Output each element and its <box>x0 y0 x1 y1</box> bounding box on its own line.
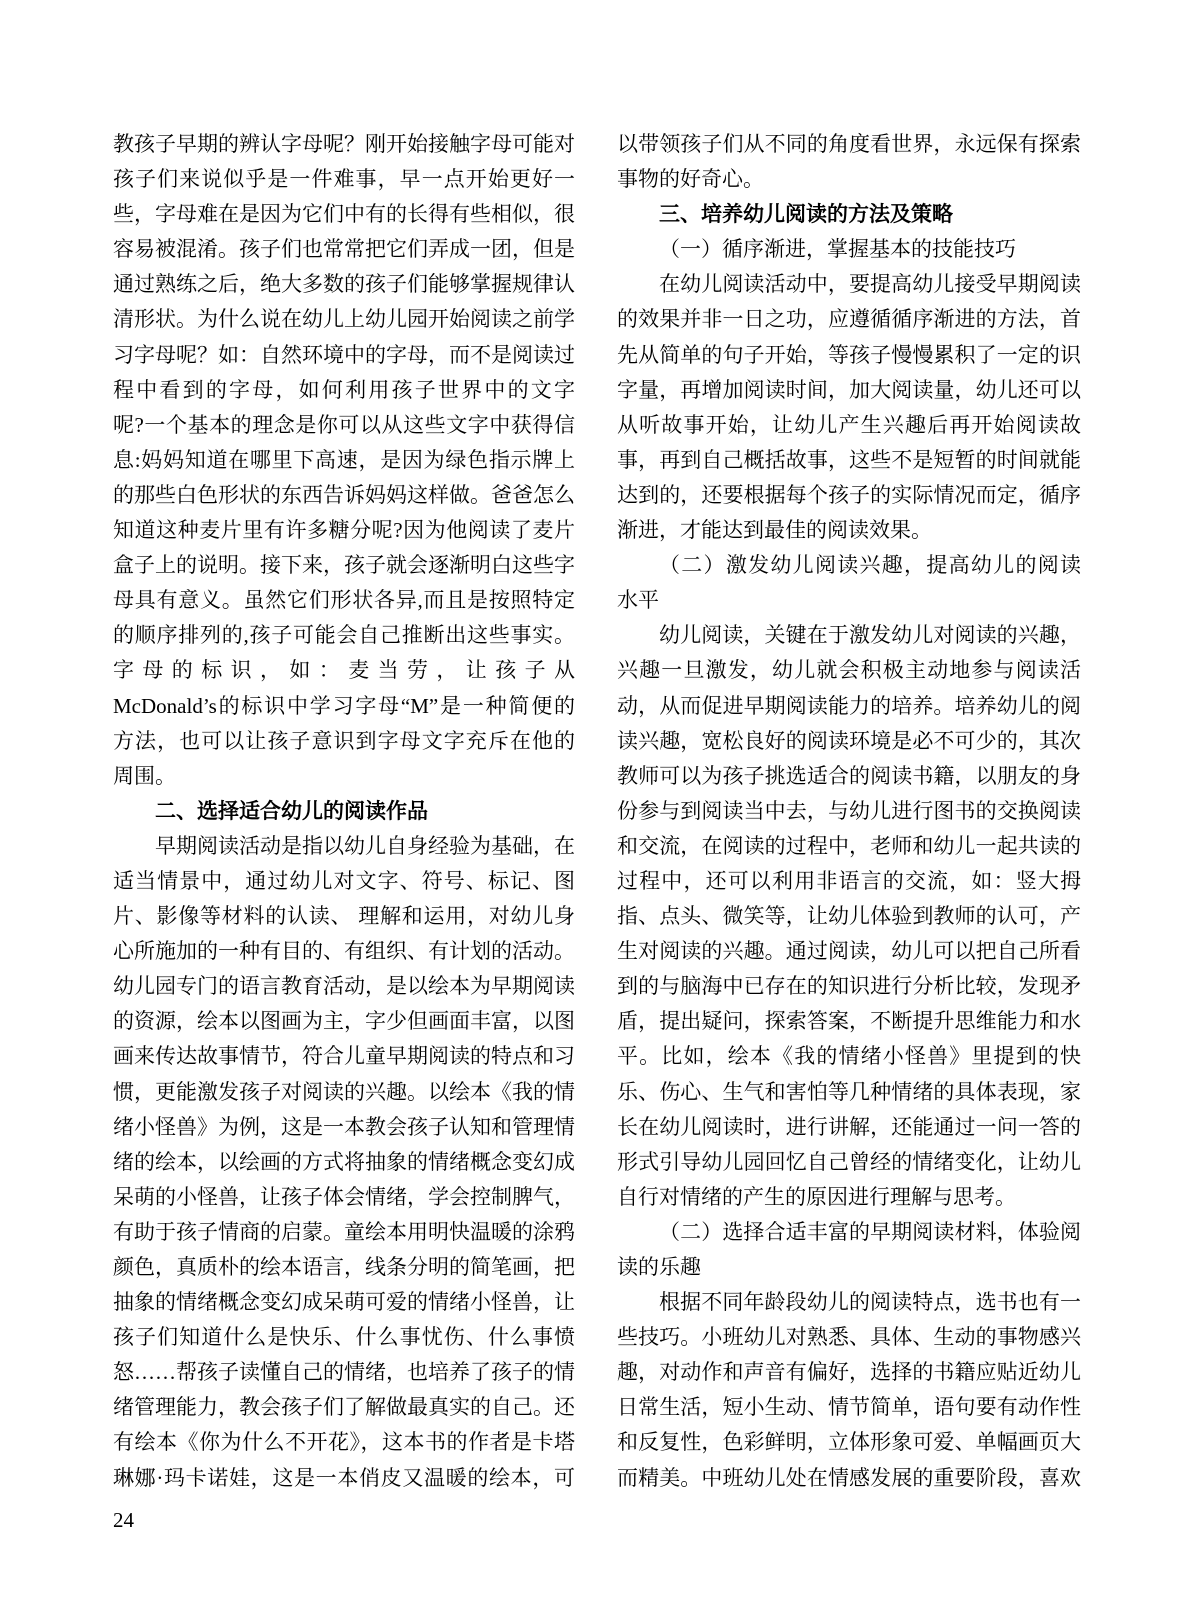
text-line: 动，从而促进早期阅读能力的培养。培养幼儿的阅 <box>617 689 1081 724</box>
text-line: 习字母呢？如：自然环境中的字母，而不是阅读过 <box>113 338 575 373</box>
text-line: 的那些白色形状的东西告诉妈妈这样做。爸爸怎么 <box>113 478 575 513</box>
text-line: 母具有意义。虽然它们形状各异,而且是按照特定 <box>113 583 575 618</box>
text-line: 和反复性，色彩鲜明，立体形象可爱、单幅画页大 <box>617 1425 1081 1460</box>
text-line: 些，字母难在是因为它们中有的长得有些相似，很 <box>113 197 575 232</box>
text-line: 日常生活，短小生动、情节简单，语句要有动作性 <box>617 1390 1081 1425</box>
text-line: 呆萌的小怪兽，让孩子体会情绪，学会控制脾气， <box>113 1180 575 1215</box>
text-line: 水平 <box>617 583 1081 618</box>
text-line: McDonald’s的标识中学习字母“M”是一种简便的 <box>113 689 575 724</box>
text-line: 字母的标识，如：麦当劳，让孩子从 <box>113 653 575 688</box>
text-line: 渐进，才能达到最佳的阅读效果。 <box>617 513 1081 548</box>
text-line: 片、影像等材料的认读、 理解和运用，对幼儿身 <box>113 899 575 934</box>
text-line: 容易被混淆。孩子们也常常把它们弄成一团，但是 <box>113 232 575 267</box>
text-line: 程中看到的字母，如何利用孩子世界中的文字 <box>113 373 575 408</box>
text-line: 事，再到自己概括故事，这些不是短暂的时间就能 <box>617 443 1081 478</box>
text-line: 方法，也可以让孩子意识到字母文字充斥在他的 <box>113 724 575 759</box>
text-line: 从听故事开始，让幼儿产生兴趣后再开始阅读故 <box>617 408 1081 443</box>
text-line: 教孩子早期的辨认字母呢？刚开始接触字母可能对 <box>113 127 575 162</box>
text-line: 有绘本《你为什么不开花》，这本书的作者是卡塔 <box>113 1425 575 1460</box>
text-line: 息:妈妈知道在哪里下高速，是因为绿色指示牌上 <box>113 443 575 478</box>
text-line: 幼儿阅读，关键在于激发幼儿对阅读的兴趣， <box>617 618 1081 653</box>
text-line: 琳娜·玛卡诺娃，这是一本俏皮又温暖的绘本，可 <box>113 1461 575 1496</box>
text-line: 通过熟练之后，绝大多数的孩子们能够掌握规律认 <box>113 267 575 302</box>
text-line: 怒……帮孩子读懂自己的情绪，也培养了孩子的情 <box>113 1355 575 1390</box>
text-line: 清形状。为什么说在幼儿上幼儿园开始阅读之前学 <box>113 302 575 337</box>
text-line: 平。比如，绘本《我的情绪小怪兽》里提到的快 <box>617 1039 1081 1074</box>
text-line: 自行对情绪的产生的原因进行理解与思考。 <box>617 1180 1081 1215</box>
text-line: 绪的绘本，以绘画的方式将抽象的情绪概念变幻成 <box>113 1145 575 1180</box>
text-line: 根据不同年龄段幼儿的阅读特点，选书也有一 <box>617 1285 1081 1320</box>
text-line: 长在幼儿阅读时，进行讲解，还能通过一问一答的 <box>617 1110 1081 1145</box>
text-line: 趣，对动作和声音有偏好，选择的书籍应贴近幼儿 <box>617 1355 1081 1390</box>
text-line: （一）循序渐进，掌握基本的技能技巧 <box>617 232 1081 267</box>
text-line: 周围。 <box>113 759 575 794</box>
text-line: 早期阅读活动是指以幼儿自身经验为基础，在 <box>113 829 575 864</box>
text-line: （二）激发幼儿阅读兴趣，提高幼儿的阅读 <box>617 548 1081 583</box>
page-number: 24 <box>113 1503 134 1538</box>
text-line: 抽象的情绪概念变幻成呆萌可爱的情绪小怪兽，让 <box>113 1285 575 1320</box>
text-line: 有助于孩子情商的启蒙。童绘本用明快温暖的涂鸦 <box>113 1215 575 1250</box>
right-column: 以带领孩子们从不同的角度看世界，永远保有探索事物的好奇心。三、培养幼儿阅读的方法… <box>617 127 1081 1496</box>
text-line: 形式引导幼儿园回忆自己曾经的情绪变化，让幼儿 <box>617 1145 1081 1180</box>
text-line: 的顺序排列的,孩子可能会自己推断出这些事实。 <box>113 618 575 653</box>
text-line: 到的与脑海中已存在的知识进行分析比较，发现矛 <box>617 969 1081 1004</box>
text-line: 绪小怪兽》为例，这是一本教会孩子认知和管理情 <box>113 1110 575 1145</box>
text-line: 的资源，绘本以图画为主，字少但画面丰富，以图 <box>113 1004 575 1039</box>
text-line: 的效果并非一日之功，应遵循循序渐进的方法，首 <box>617 302 1081 337</box>
text-line: 生对阅读的兴趣。通过阅读，幼儿可以把自己所看 <box>617 934 1081 969</box>
text-line: 颜色，真质朴的绘本语言，线条分明的简笔画，把 <box>113 1250 575 1285</box>
text-line: 教师可以为孩子挑选适合的阅读书籍，以朋友的身 <box>617 759 1081 794</box>
document-page: 教孩子早期的辨认字母呢？刚开始接触字母可能对孩子们来说似乎是一件难事，早一点开始… <box>0 0 1191 1616</box>
text-line: 盒子上的说明。接下来，孩子就会逐渐明白这些字 <box>113 548 575 583</box>
text-line: 些技巧。小班幼儿对熟悉、具体、生动的事物感兴 <box>617 1320 1081 1355</box>
section-heading: 二、选择适合幼儿的阅读作品 <box>113 794 575 829</box>
text-line: 绪管理能力，教会孩子们了解做最真实的自己。还 <box>113 1390 575 1425</box>
text-line: 事物的好奇心。 <box>617 162 1081 197</box>
text-line: 惯，更能激发孩子对阅读的兴趣。以绘本《我的情 <box>113 1075 575 1110</box>
text-line: 乐、伤心、生气和害怕等几种情绪的具体表现，家 <box>617 1075 1081 1110</box>
text-line: 兴趣一旦激发，幼儿就会积极主动地参与阅读活 <box>617 653 1081 688</box>
text-line: 读的乐趣 <box>617 1250 1081 1285</box>
text-line: 孩子们来说似乎是一件难事，早一点开始更好一 <box>113 162 575 197</box>
text-line: 读兴趣，宽松良好的阅读环境是必不可少的，其次 <box>617 724 1081 759</box>
text-line: 指、点头、微笑等，让幼儿体验到教师的认可，产 <box>617 899 1081 934</box>
text-line: 盾，提出疑问，探索答案，不断提升思维能力和水 <box>617 1004 1081 1039</box>
text-line: 过程中，还可以利用非语言的交流，如：竖大拇 <box>617 864 1081 899</box>
left-column: 教孩子早期的辨认字母呢？刚开始接触字母可能对孩子们来说似乎是一件难事，早一点开始… <box>113 127 575 1496</box>
text-line: 份参与到阅读当中去，与幼儿进行图书的交换阅读 <box>617 794 1081 829</box>
text-line: 幼儿园专门的语言教育活动，是以绘本为早期阅读 <box>113 969 575 1004</box>
text-line: 先从简单的句子开始，等孩子慢慢累积了一定的识 <box>617 338 1081 373</box>
text-line: 孩子们知道什么是快乐、什么事忧伤、什么事愤 <box>113 1320 575 1355</box>
text-line: （二）选择合适丰富的早期阅读材料，体验阅 <box>617 1215 1081 1250</box>
text-line: 心所施加的一种有目的、有组织、有计划的活动。 <box>113 934 575 969</box>
text-line: 字量，再增加阅读时间，加大阅读量，幼儿还可以 <box>617 373 1081 408</box>
text-line: 以带领孩子们从不同的角度看世界，永远保有探索 <box>617 127 1081 162</box>
text-line: 在幼儿阅读活动中，要提高幼儿接受早期阅读 <box>617 267 1081 302</box>
text-line: 知道这种麦片里有许多糖分呢?因为他阅读了麦片 <box>113 513 575 548</box>
text-line: 和交流，在阅读的过程中，老师和幼儿一起共读的 <box>617 829 1081 864</box>
text-line: 画来传达故事情节，符合儿童早期阅读的特点和习 <box>113 1039 575 1074</box>
text-line: 达到的，还要根据每个孩子的实际情况而定，循序 <box>617 478 1081 513</box>
text-line: 适当情景中，通过幼儿对文字、符号、标记、图 <box>113 864 575 899</box>
section-heading: 三、培养幼儿阅读的方法及策略 <box>617 197 1081 232</box>
text-line: 而精美。中班幼儿处在情感发展的重要阶段，喜欢 <box>617 1461 1081 1496</box>
text-line: 呢?一个基本的理念是你可以从这些文字中获得信 <box>113 408 575 443</box>
